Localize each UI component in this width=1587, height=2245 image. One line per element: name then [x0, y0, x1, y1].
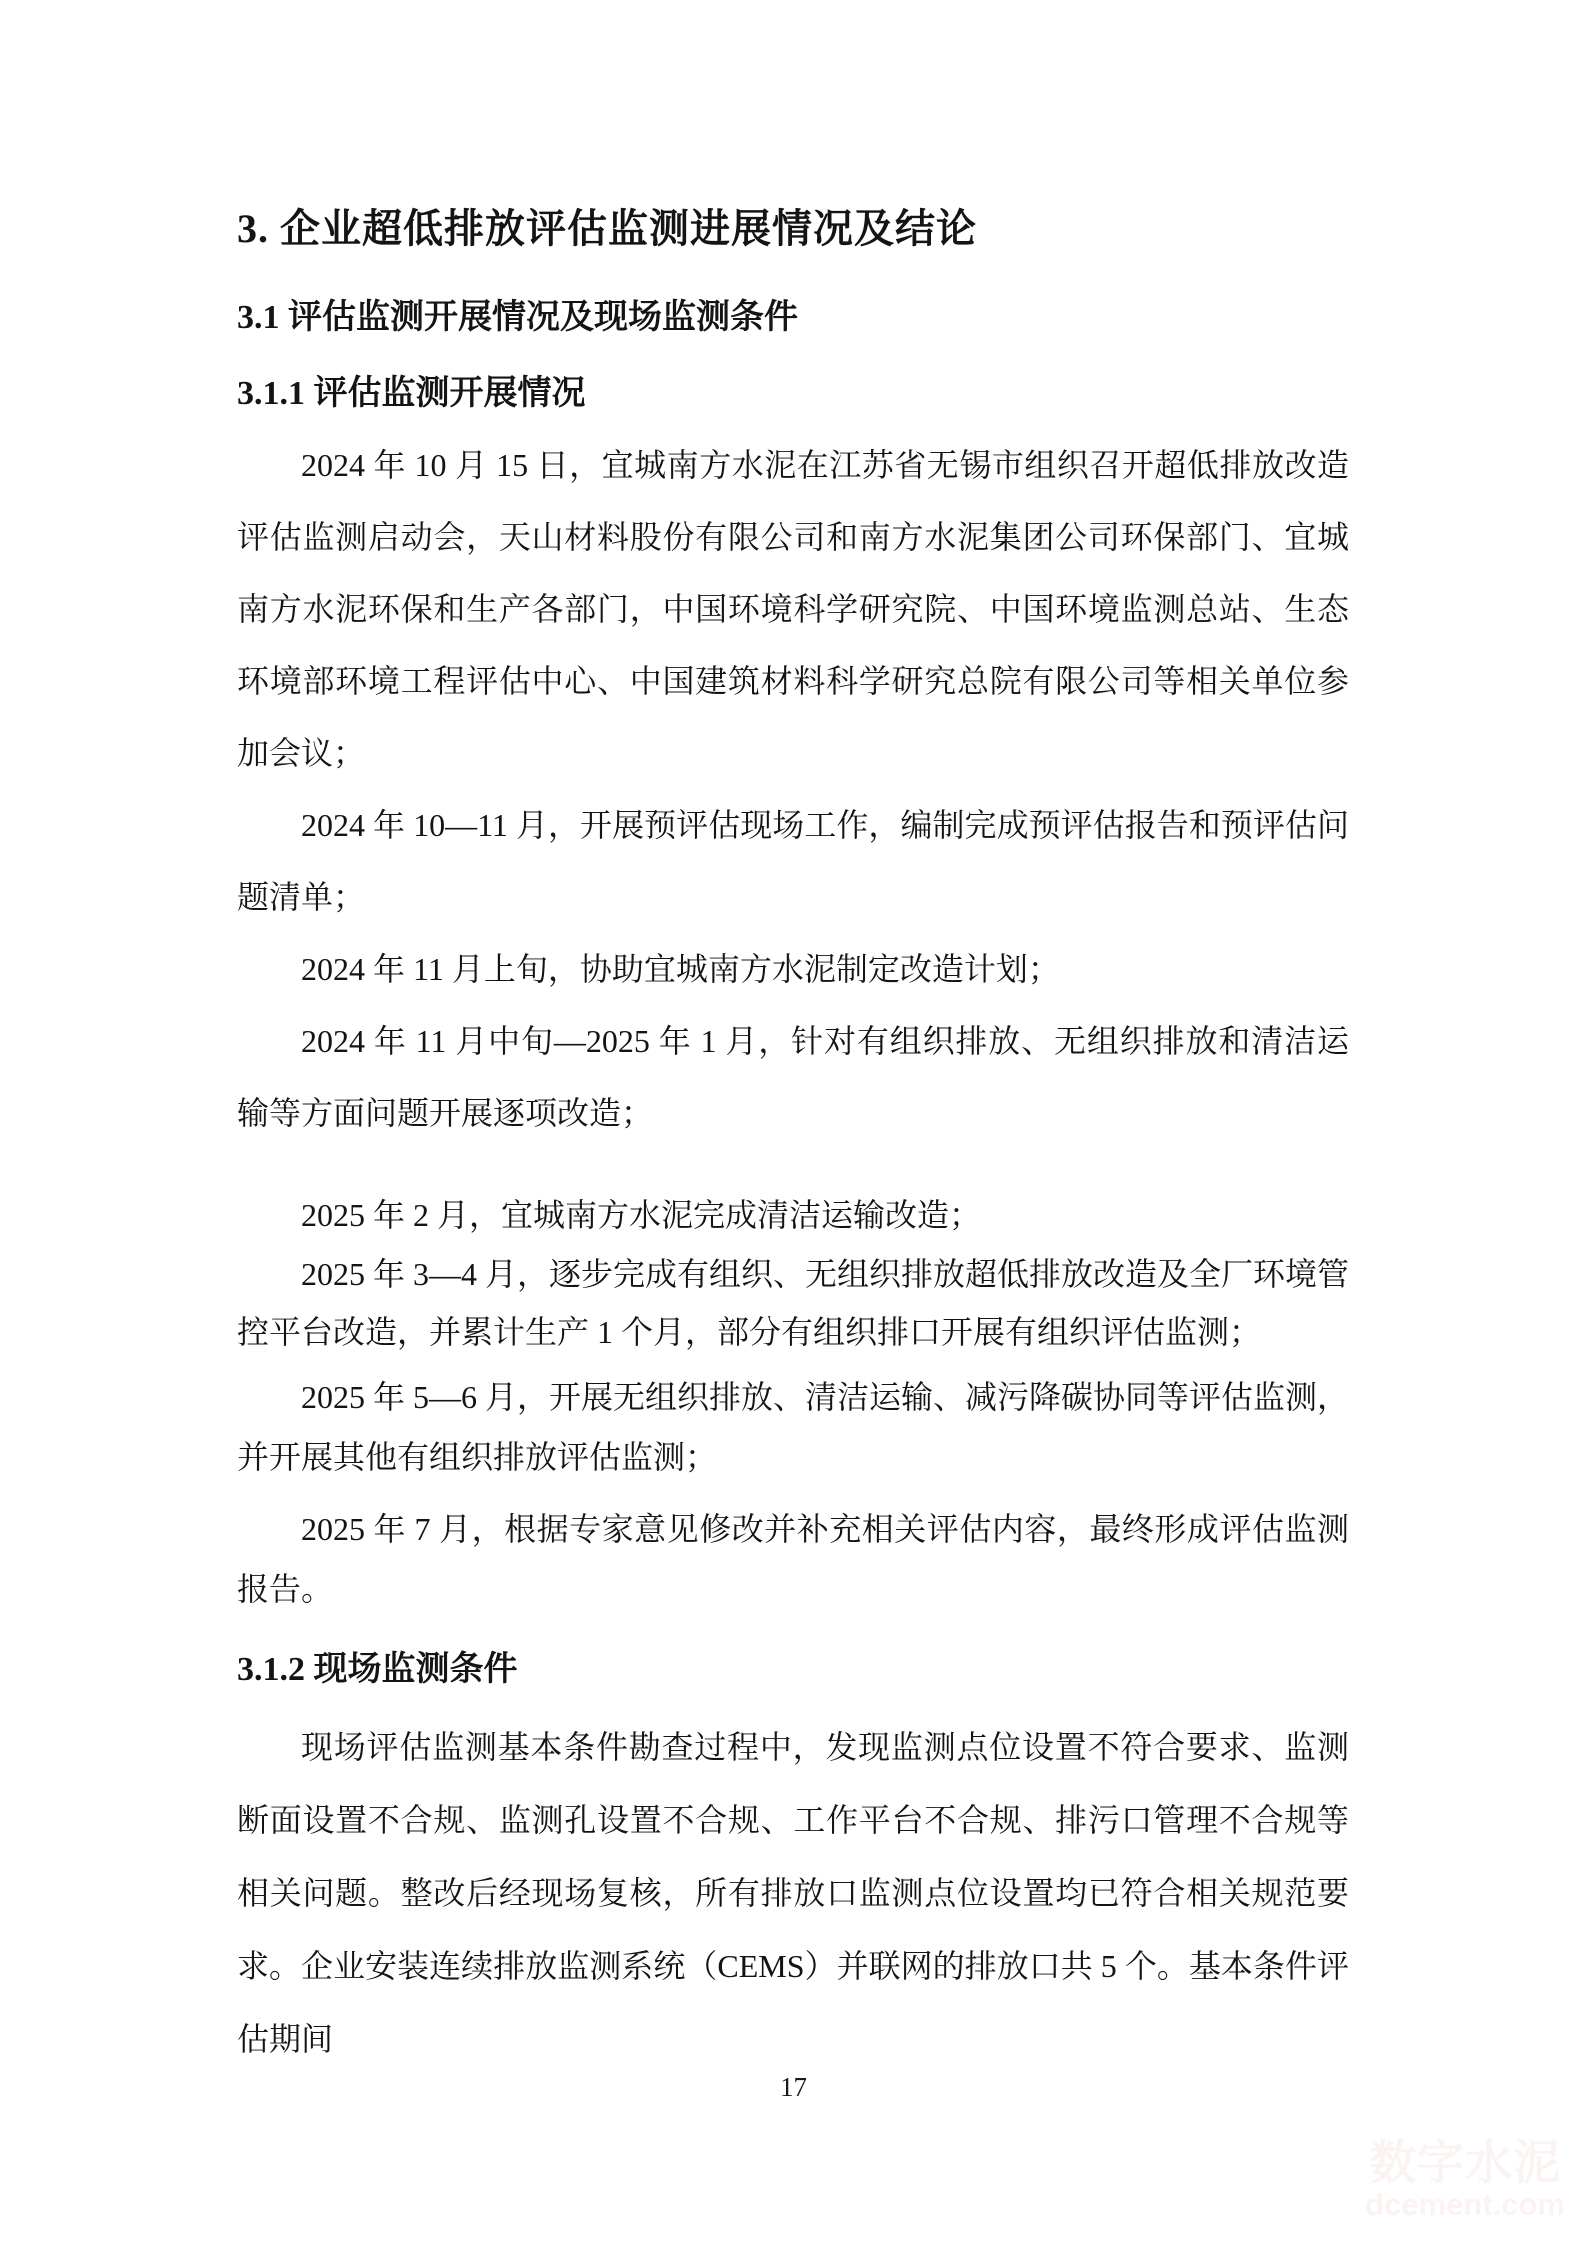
- document-content: 3. 企业超低排放评估监测进展情况及结论 3.1 评估监测开展情况及现场监测条件…: [237, 0, 1349, 2076]
- paragraph-pre-evaluation: 2024 年 10—11 月，开展预评估现场工作，编制完成预评估报告和预评估问题…: [237, 789, 1349, 933]
- heading-section-3-1-1: 3.1.1 评估监测开展情况: [237, 373, 1349, 415]
- heading-section-3-1-2: 3.1.2 现场监测条件: [237, 1649, 1349, 1691]
- paragraph-site-conditions: 现场评估监测基本条件勘查过程中，发现监测点位设置不符合要求、监测断面设置不合规、…: [237, 1711, 1349, 2076]
- paragraph-kickoff-meeting: 2024 年 10 月 15 日，宜城南方水泥在江苏省无锡市组织召开超低排放改造…: [237, 429, 1349, 789]
- heading-chapter-3: 3. 企业超低排放评估监测进展情况及结论: [237, 205, 1349, 253]
- document-page: 3. 企业超低排放评估监测进展情况及结论 3.1 评估监测开展情况及现场监测条件…: [0, 0, 1587, 2245]
- watermark-domain: dcement.com: [1365, 2188, 1565, 2221]
- paragraph-final-report: 2025 年 7 月，根据专家意见修改并补充相关评估内容，最终形成评估监测报告。: [237, 1499, 1349, 1619]
- paragraph-platform-retrofit: 2025 年 3—4 月，逐步完成有组织、无组织排放超低排放改造及全厂环境管控平…: [237, 1245, 1349, 1361]
- watermark-title: 数字水泥: [1365, 2138, 1565, 2188]
- page-number: 17: [0, 2072, 1587, 2103]
- paragraph-retrofit-plan: 2024 年 11 月上旬，协助宜城南方水泥制定改造计划；: [237, 933, 1349, 1005]
- paragraph-fugitive-monitoring: 2025 年 5—6 月，开展无组织排放、清洁运输、减污降碳协同等评估监测，并开…: [237, 1367, 1349, 1487]
- paragraph-clean-transport-done: 2025 年 2 月，宜城南方水泥完成清洁运输改造；: [237, 1185, 1349, 1245]
- paragraph-item-retrofit: 2024 年 11 月中旬—2025 年 1 月，针对有组织排放、无组织排放和清…: [237, 1005, 1349, 1149]
- watermark: 数字水泥 dcement.com: [1365, 2138, 1565, 2221]
- heading-section-3-1: 3.1 评估监测开展情况及现场监测条件: [237, 297, 1349, 339]
